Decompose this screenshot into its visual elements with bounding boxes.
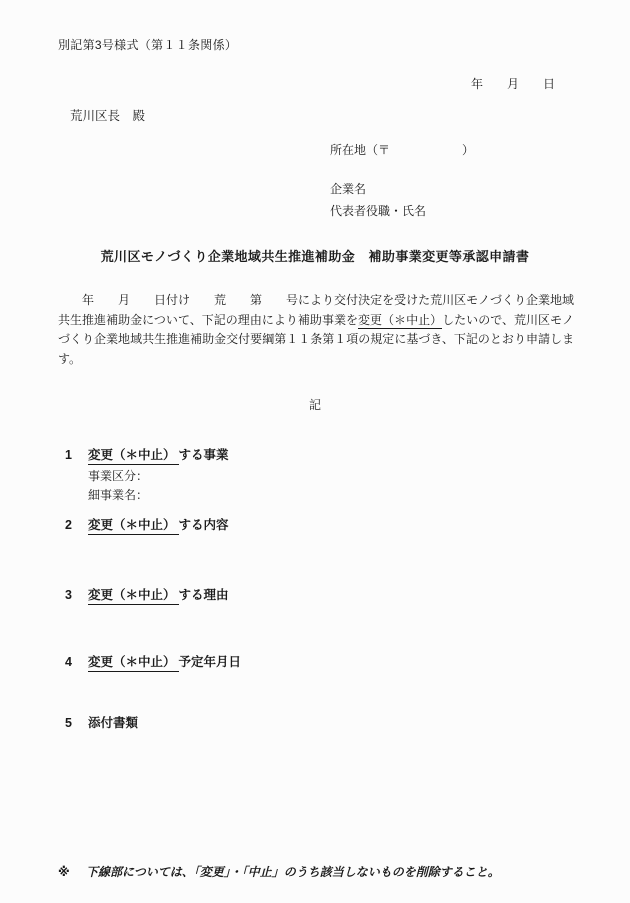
item-5-label: 添付書類 [88, 713, 138, 731]
item-1-label: 変更（＊中止）する事業 [88, 445, 229, 463]
body-text-underlined: 変更（＊中止） [358, 313, 442, 329]
item-2-number: 2 [65, 518, 88, 532]
footnote: ※ 下線部については、「変更」・「中止」のうち該当しないものを削除すること。 [58, 863, 500, 880]
item-2-label: 変更（＊中止）する内容 [88, 515, 229, 533]
item-4-heading: 4 変更（＊中止）予定年月日 [65, 652, 241, 670]
applicant-address: 所在地（〒 ） [330, 141, 474, 158]
form-code: 別記第3号様式（第１１条関係） [58, 36, 237, 53]
item-3-heading: 3 変更（＊中止）する理由 [65, 585, 229, 603]
applicant-representative: 代表者役職・氏名 [330, 202, 474, 219]
record-mark: 記 [0, 396, 630, 413]
applicant-company: 企業名 [330, 180, 474, 197]
item-1-subline-business-category: 事業区分： [88, 467, 229, 486]
item-3-number: 3 [65, 588, 88, 602]
item-4-label-rest: 予定年月日 [179, 655, 242, 669]
item-1-heading: 1 変更（＊中止）する事業 [65, 445, 229, 463]
item-3-label-rest: する理由 [179, 588, 229, 602]
item-3: 3 変更（＊中止）する理由 [65, 585, 229, 603]
item-1-label-underlined: 変更（＊中止） [88, 448, 179, 465]
body-paragraph: 年 月 日付け 荒 第 号により交付決定を受けた荒川区モノづくり企業地域共生推進… [58, 291, 574, 369]
item-2: 2 変更（＊中止）する内容 [65, 515, 229, 533]
applicant-block: 所在地（〒 ） 企業名 代表者役職・氏名 [330, 141, 474, 219]
item-5-number: 5 [65, 716, 88, 730]
item-4-number: 4 [65, 655, 88, 669]
item-1-label-rest: する事業 [179, 448, 229, 462]
item-1-sublines: 事業区分： 細事業名： [88, 467, 229, 504]
document-title: 荒川区モノづくり企業地域共生推進補助金 補助事業変更等承認申請書 [0, 246, 630, 265]
item-4: 4 変更（＊中止）予定年月日 [65, 652, 241, 670]
item-2-heading: 2 変更（＊中止）する内容 [65, 515, 229, 533]
item-4-label-underlined: 変更（＊中止） [88, 655, 179, 672]
item-3-label: 変更（＊中止）する理由 [88, 585, 229, 603]
item-1-number: 1 [65, 448, 88, 462]
item-5-heading: 5 添付書類 [65, 713, 138, 731]
item-5: 5 添付書類 [65, 713, 138, 731]
item-2-label-underlined: 変更（＊中止） [88, 518, 179, 535]
item-3-label-underlined: 変更（＊中止） [88, 588, 179, 605]
item-4-label: 変更（＊中止）予定年月日 [88, 652, 241, 670]
addressee: 荒川区長 殿 [70, 106, 145, 124]
date-line: 年 月 日 [471, 75, 555, 92]
item-1-subline-sub-business-name: 細事業名： [88, 486, 229, 505]
document-page: 別記第3号様式（第１１条関係） 年 月 日 荒川区長 殿 所在地（〒 ） 企業名… [0, 0, 630, 903]
item-2-label-rest: する内容 [179, 518, 229, 532]
item-5-label-rest: 添付書類 [88, 716, 138, 730]
footnote-reference-mark: ※ [58, 865, 86, 879]
item-1: 1 変更（＊中止）する事業 事業区分： 細事業名： [65, 445, 229, 504]
footnote-text: 下線部については、「変更」・「中止」のうち該当しないものを削除すること。 [86, 863, 500, 880]
